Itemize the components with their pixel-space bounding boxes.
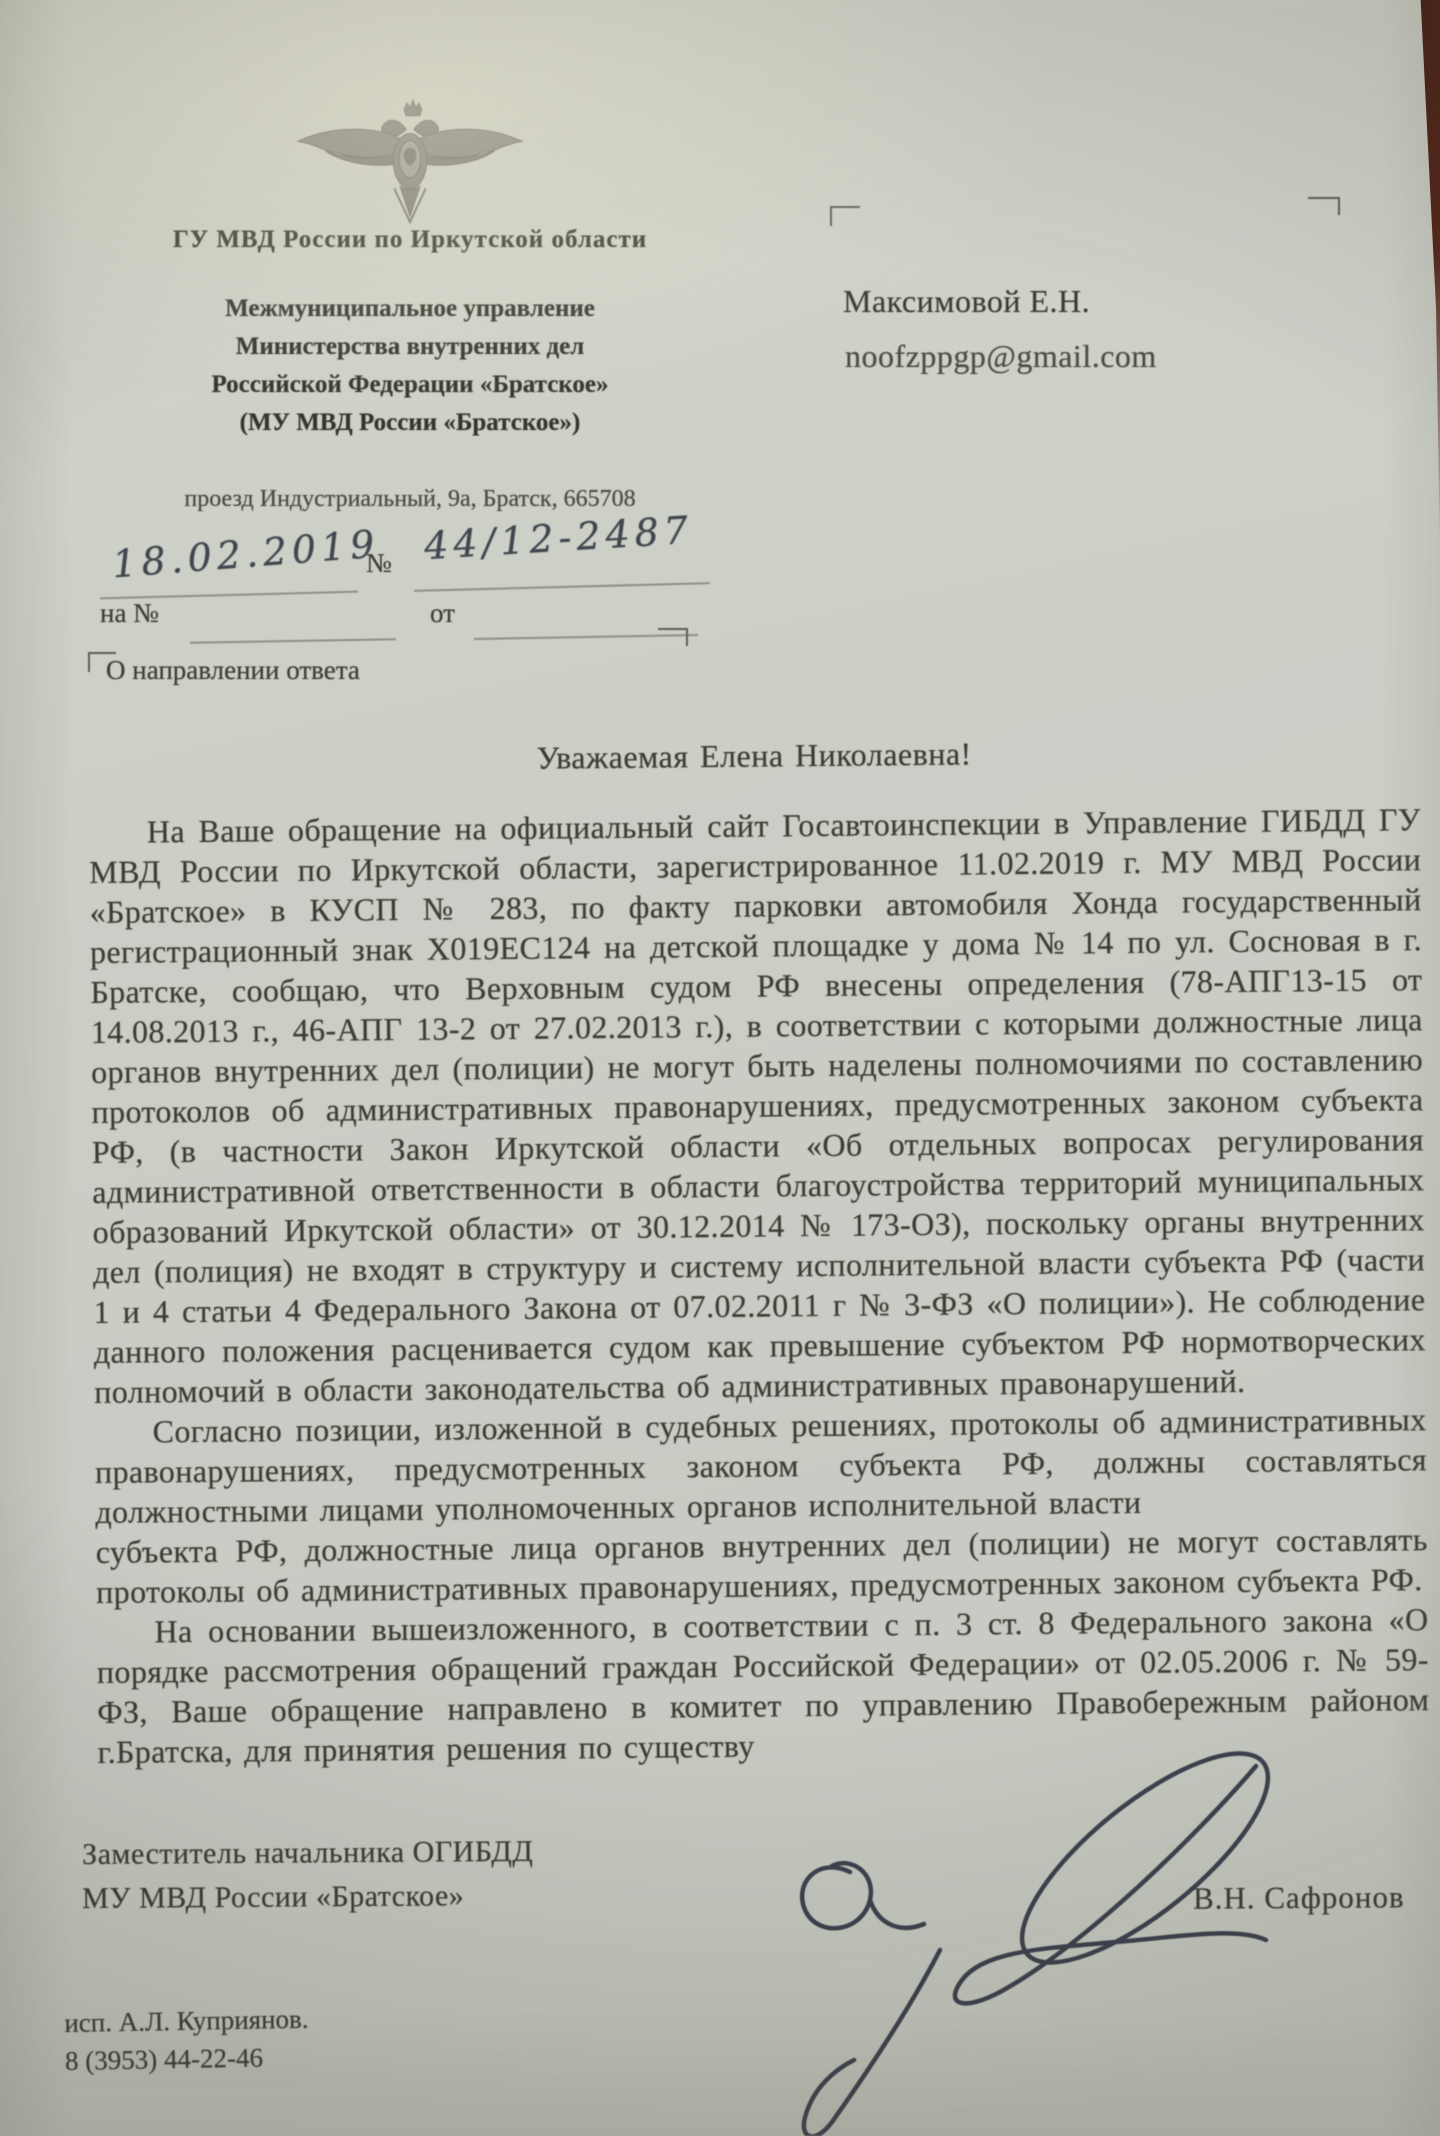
org-name-line: Межмуниципальное управление xyxy=(160,290,660,328)
number-sign: № xyxy=(366,548,392,579)
in-reply-label: на № xyxy=(100,598,159,629)
reg-date-handwritten: 18.02.2019 xyxy=(111,522,381,587)
reg-number-underline xyxy=(414,582,710,592)
org-name-line: (МУ МВД России «Братское») xyxy=(160,404,660,442)
salutation: Уважаемая Елена Николаевна! xyxy=(88,729,1420,782)
addressee-corner-mark-left xyxy=(830,206,860,226)
mvd-eagle-emblem xyxy=(292,96,528,224)
in-reply-underline xyxy=(190,638,396,644)
body-paragraph: Согласно позиции, изложенной в судебных … xyxy=(94,1399,1427,1532)
letter-body: Уважаемая Елена Николаевна! На Ваше обра… xyxy=(88,729,1430,1772)
executor-line: исп. А.Л. Куприянов. xyxy=(64,2000,309,2042)
reg-number-handwritten: 44/12-2487 xyxy=(423,508,694,568)
org-name-block: Межмуниципальное управление Министерства… xyxy=(160,290,660,442)
handwritten-signature xyxy=(700,1740,1320,2136)
addressee-name: Максимовой Е.Н. xyxy=(843,283,1090,320)
subject-line: О направлении ответа xyxy=(106,655,360,686)
postal-address: проезд Индустриальный, 9а, Братск, 66570… xyxy=(160,486,660,513)
from-label: от xyxy=(430,598,455,629)
org-name-line: Министерства внутренних дел xyxy=(160,328,660,366)
registration-corner-mark xyxy=(658,628,688,646)
addressee-email: noofzppgp@gmail.com xyxy=(845,338,1157,375)
footer-block: исп. А.Л. Куприянов. 8 (3953) 44-22-46 xyxy=(64,2000,309,2080)
body-paragraph: субъекта РФ, должностные лица органов вн… xyxy=(96,1519,1429,1612)
authority-name: ГУ МВД России по Иркутской области xyxy=(120,226,700,254)
executor-phone: 8 (3953) 44-22-46 xyxy=(65,2038,310,2080)
addressee-corner-mark-right xyxy=(1308,197,1340,215)
signer-position-line1: Заместитель начальника ОГИБДД xyxy=(82,1835,533,1872)
org-name-line: Российской Федерации «Братское» xyxy=(160,366,660,404)
signer-position-line2: МУ МВД России «Братское» xyxy=(82,1879,464,1916)
letter-photo: ГУ МВД России по Иркутской области Межму… xyxy=(0,0,1440,2136)
mvd-eagle-emblem-graphic xyxy=(292,96,528,224)
body-paragraph: На Ваше обращение на официальный сайт Го… xyxy=(89,799,1427,1412)
